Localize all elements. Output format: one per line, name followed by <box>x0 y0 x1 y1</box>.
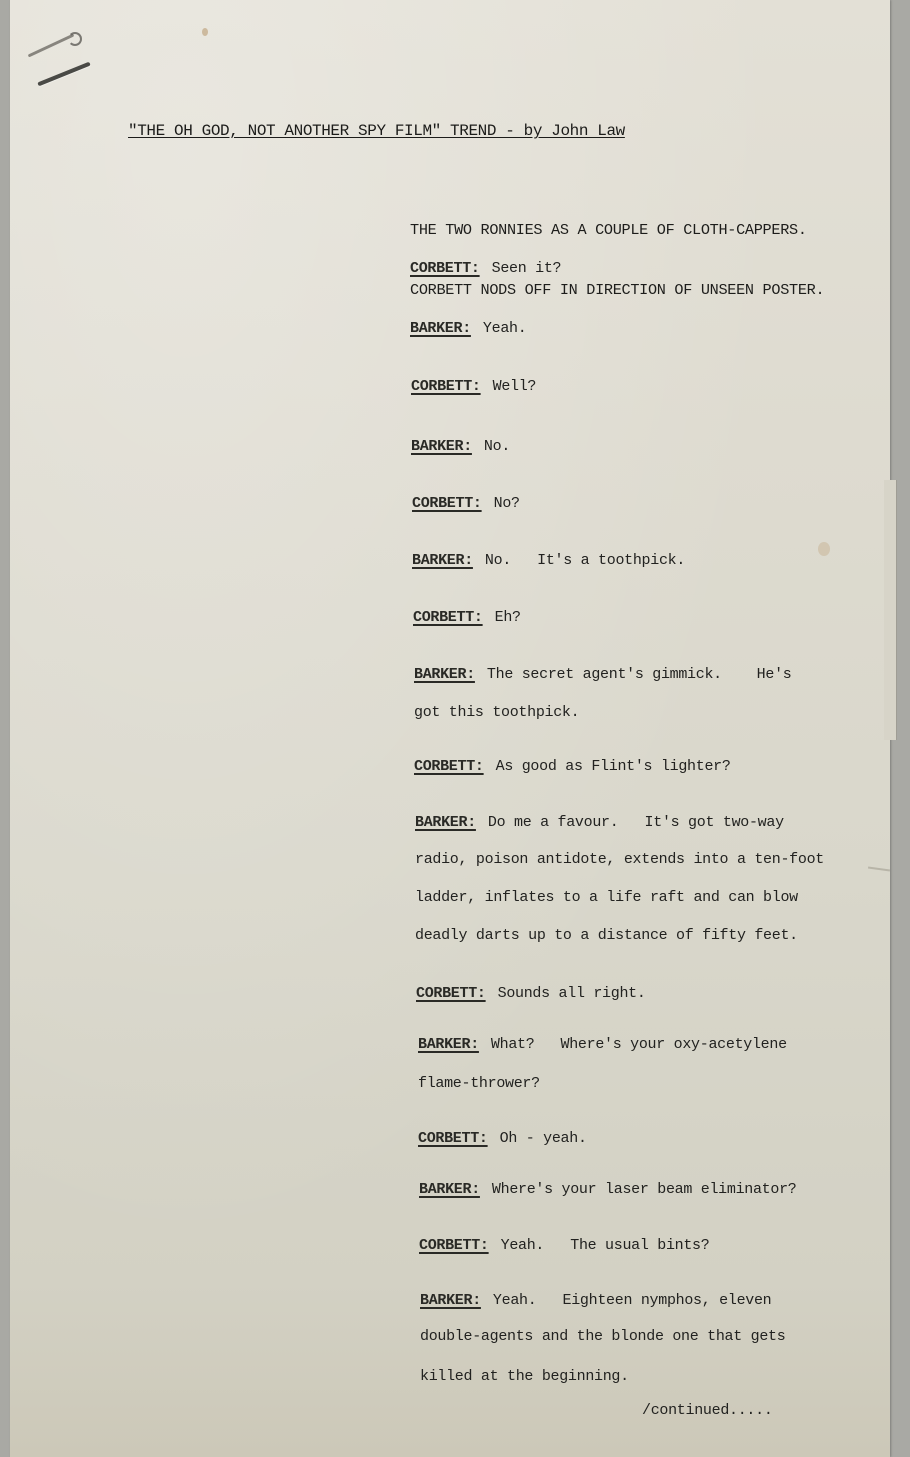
dialogue-text: Yeah. Eighteen nymphos, eleven <box>493 1292 771 1309</box>
dialogue-line: radio, poison antidote, extends into a t… <box>415 851 824 868</box>
dialogue-line: CORBETT:Seen it? <box>410 260 561 277</box>
speaker-name: BARKER: <box>419 1181 480 1198</box>
dialogue-line: CORBETT:Eh? <box>413 609 521 626</box>
dialogue-text: killed at the beginning. <box>420 1368 629 1385</box>
dialogue-text: ladder, inflates to a life raft and can … <box>415 889 798 906</box>
dialogue-text: Do me a favour. It's got two-way <box>488 814 784 831</box>
speaker-name: CORBETT: <box>416 985 486 1002</box>
dialogue-text: Sounds all right. <box>498 985 646 1002</box>
dialogue-line: CORBETT:No? <box>412 495 520 512</box>
speaker-name: CORBETT: <box>419 1237 489 1254</box>
dialogue-line: got this toothpick. <box>414 704 579 721</box>
dialogue-line: killed at the beginning. <box>420 1368 629 1385</box>
dialogue-text: As good as Flint's lighter? <box>496 758 731 775</box>
speaker-name: BARKER: <box>412 552 473 569</box>
speaker-name: BARKER: <box>410 320 471 337</box>
dialogue-line: CORBETT:Oh - yeah. <box>418 1130 587 1147</box>
dialogue-text: Yeah. <box>483 320 527 337</box>
stain-spot <box>202 28 208 36</box>
stage-direction-line: CORBETT NODS OFF IN DIRECTION OF UNSEEN … <box>410 280 824 300</box>
dialogue-line: BARKER:The secret agent's gimmick. He's <box>414 666 791 683</box>
dialogue-line: flame-thrower? <box>418 1075 540 1092</box>
stage-direction-line: THE TWO RONNIES AS A COUPLE OF CLOTH-CAP… <box>410 220 824 240</box>
dialogue-text: The secret agent's gimmick. He's <box>487 666 792 683</box>
dialogue-line: BARKER:Do me a favour. It's got two-way <box>415 814 784 831</box>
dialogue-text: Oh - yeah. <box>500 1130 587 1147</box>
speaker-name: BARKER: <box>418 1036 479 1053</box>
speaker-name: CORBETT: <box>418 1130 488 1147</box>
continued-note: /continued..... <box>642 1402 773 1419</box>
speaker-name: BARKER: <box>415 814 476 831</box>
dialogue-line: BARKER:What? Where's your oxy-acetylene <box>418 1036 787 1053</box>
speaker-name: BARKER: <box>420 1292 481 1309</box>
dialogue-line: ladder, inflates to a life raft and can … <box>415 889 798 906</box>
dialogue-text: Where's your laser beam eliminator? <box>492 1181 797 1198</box>
dialogue-text: radio, poison antidote, extends into a t… <box>415 851 824 868</box>
speaker-name: CORBETT: <box>414 758 484 775</box>
dialogue-line: CORBETT:Well? <box>411 378 536 395</box>
dialogue-line: BARKER:Yeah. <box>410 320 526 337</box>
dialogue-line: BARKER:Where's your laser beam eliminato… <box>419 1181 796 1198</box>
dialogue-text: Well? <box>493 378 537 395</box>
stain-spot <box>818 542 830 556</box>
dialogue-line: CORBETT:As good as Flint's lighter? <box>414 758 731 775</box>
dialogue-text: Yeah. The usual bints? <box>501 1237 710 1254</box>
script-title: "THE OH GOD, NOT ANOTHER SPY FILM" TREND… <box>128 122 625 140</box>
dialogue-text: No? <box>494 495 520 512</box>
dialogue-text: double-agents and the blonde one that ge… <box>420 1328 785 1345</box>
speaker-name: CORBETT: <box>413 609 483 626</box>
dialogue-line: CORBETT:Yeah. The usual bints? <box>419 1237 709 1254</box>
dialogue-text: got this toothpick. <box>414 704 579 721</box>
dialogue-text: deadly darts up to a distance of fifty f… <box>415 927 798 944</box>
dialogue-text: Seen it? <box>492 260 562 277</box>
speaker-name: CORBETT: <box>411 378 481 395</box>
dialogue-line: BARKER:No. It's a toothpick. <box>412 552 685 569</box>
speaker-name: BARKER: <box>411 438 472 455</box>
dialogue-text: What? Where's your oxy-acetylene <box>491 1036 787 1053</box>
dialogue-text: Eh? <box>495 609 521 626</box>
dialogue-line: BARKER:No. <box>411 438 510 455</box>
dialogue-line: BARKER:Yeah. Eighteen nymphos, eleven <box>420 1292 771 1309</box>
underlying-page-edge <box>884 480 897 740</box>
script-page: "THE OH GOD, NOT ANOTHER SPY FILM" TREND… <box>10 0 890 1457</box>
dialogue-text: No. <box>484 438 510 455</box>
dialogue-line: CORBETT:Sounds all right. <box>416 985 646 1002</box>
speaker-name: BARKER: <box>414 666 475 683</box>
speaker-name: CORBETT: <box>410 260 480 277</box>
pen-mark <box>68 32 82 46</box>
dialogue-text: flame-thrower? <box>418 1075 540 1092</box>
speaker-name: CORBETT: <box>412 495 482 512</box>
staple-mark <box>37 62 90 87</box>
dialogue-line: double-agents and the blonde one that ge… <box>420 1328 785 1345</box>
dialogue-line: deadly darts up to a distance of fifty f… <box>415 927 798 944</box>
dialogue-text: No. It's a toothpick. <box>485 552 685 569</box>
